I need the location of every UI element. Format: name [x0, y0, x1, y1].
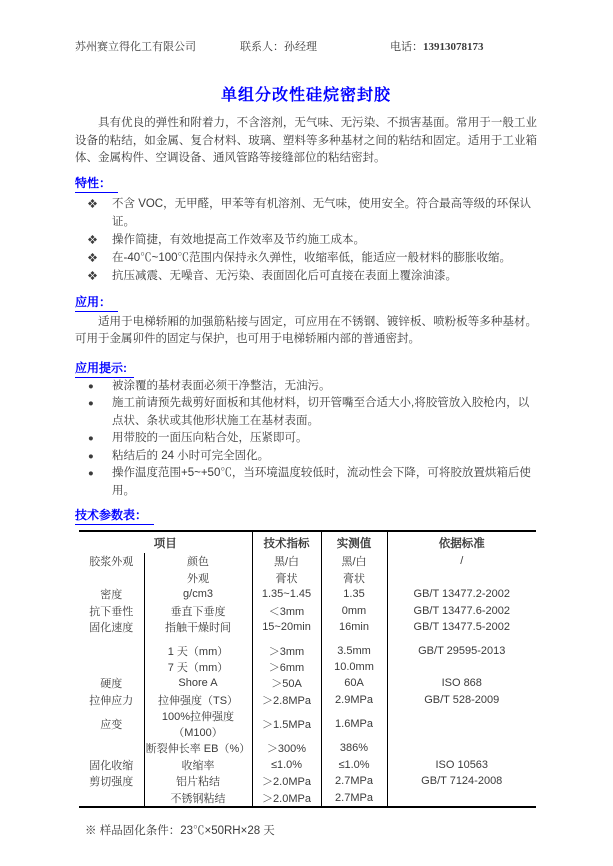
list-item: 不含 VOC，无甲醛，甲苯等有机溶剂、无气味，使用安全。符合最高等级的环保认证。 [75, 195, 537, 231]
circle-bullet-icon: ● [88, 395, 112, 413]
parameters-table: 项目 技术指标 实测值 依据标准 胶浆外观 颜色 黑/白 黑/白 / 外观 膏状… [79, 530, 536, 808]
spec-cell: 黑/白 [252, 553, 321, 570]
table-row: 密度 g/cm3 1.35~1.45 1.35 GB/T 13477.2-200… [79, 586, 536, 603]
parameters-heading: 技术参数表： [75, 508, 154, 525]
category-cell [79, 659, 144, 676]
category-cell [79, 636, 144, 659]
table-row: 硬度 Shore A ＞50A 60A ISO 868 [79, 675, 536, 692]
category-cell [79, 740, 144, 757]
standard-cell [387, 790, 536, 807]
contact-person: 联系人：孙经理 [240, 40, 390, 55]
item-cell: 铝片粘结 [144, 773, 252, 790]
list-item: ● 用带胶的一面压向粘合处，压紧即可。 [75, 430, 537, 448]
measured-cell: 10.0mm [321, 659, 387, 676]
measured-cell: 0mm [321, 603, 387, 620]
tips-section: 应用提示: [75, 361, 537, 378]
standard-cell [387, 570, 536, 587]
item-cell: 100%拉伸强度（M100） [144, 708, 252, 740]
standard-cell [387, 740, 536, 757]
measured-cell: 1.6MPa [321, 708, 387, 740]
standard-cell: GB/T 7124-2008 [387, 773, 536, 790]
measured-cell: 16min [321, 619, 387, 636]
circle-bullet-icon: ● [88, 378, 112, 396]
category-cell: 拉伸应力 [79, 692, 144, 709]
column-header-measured: 实测值 [321, 531, 387, 553]
table-row: 应变 100%拉伸强度（M100） ＞1.5MPa 1.6MPa [79, 708, 536, 740]
circle-bullet-icon: ● [88, 465, 112, 483]
feature-text: 不含 VOC，无甲醛，甲苯等有机溶剂、无气味，使用安全。符合最高等级的环保认证。 [112, 195, 537, 231]
table-row: 固化速度 指触干燥时间 15~20min 16min GB/T 13477.5-… [79, 619, 536, 636]
standard-cell: GB/T 528-2009 [387, 692, 536, 709]
item-cell: 指触干燥时间 [144, 619, 252, 636]
application-section: 应用： [75, 295, 537, 312]
standard-cell: ISO 868 [387, 675, 536, 692]
table-row: 不锈钢粘结 ＞2.0MPa 2.7MPa [79, 790, 536, 807]
column-header-standard: 依据标准 [387, 531, 536, 553]
measured-cell: 膏状 [321, 570, 387, 587]
measured-cell: 60A [321, 675, 387, 692]
list-item: 在-40℃~100℃范围内保持永久弹性，收缩率低，能适应一般材料的膨胀收缩。 [75, 249, 537, 267]
item-cell: 收缩率 [144, 757, 252, 774]
feature-text: 在-40℃~100℃范围内保持永久弹性，收缩率低，能适应一般材料的膨胀收缩。 [112, 249, 537, 267]
standard-cell: GB/T 13477.6-2002 [387, 603, 536, 620]
measured-cell: ≤1.0% [321, 757, 387, 774]
item-cell: 7 天（mm） [144, 659, 252, 676]
spec-cell: 膏状 [252, 570, 321, 587]
cure-condition-note: ※ 样品固化条件：23℃×50RH×28 天 [85, 823, 537, 839]
column-header-item: 项目 [79, 531, 252, 553]
feature-text: 操作简捷，有效地提高工作效率及节约施工成本。 [112, 231, 537, 249]
category-cell [79, 570, 144, 587]
column-header-spec: 技术指标 [252, 531, 321, 553]
tip-text: 施工前请预先裁剪好面板和其他材料，切开管嘴至合适大小,将胶管放入胶枪内，以点状、… [112, 395, 537, 430]
measured-cell: 3.5mm [321, 636, 387, 659]
category-cell: 胶浆外观 [79, 553, 144, 570]
spec-cell: 1.35~1.45 [252, 586, 321, 603]
standard-cell: GB/T 13477.5-2002 [387, 619, 536, 636]
circle-bullet-icon: ● [88, 448, 112, 466]
tip-text: 用带胶的一面压向粘合处，压紧即可。 [112, 430, 537, 448]
table-row: 7 天（mm） ＞6mm 10.0mm [79, 659, 536, 676]
standard-cell: GB/T 13477.2-2002 [387, 586, 536, 603]
table-row: 1 天（mm） ＞3mm 3.5mm GB/T 29595-2013 [79, 636, 536, 659]
table-row: 胶浆外观 颜色 黑/白 黑/白 / [79, 553, 536, 570]
intro-paragraph: 具有优良的弹性和附着力，不含溶剂，无气味、无污染、不损害基面。常用于一般工业设备… [75, 115, 537, 168]
diamond-bullet-icon [88, 195, 112, 213]
list-item: ● 操作温度范围+5~+50℃，当环境温度较低时，流动性会下降，可将胶放置烘箱后… [75, 465, 537, 500]
list-item: ● 粘结后的 24 小时可完全固化。 [75, 448, 537, 466]
page-title: 单组分改性硅烷密封胶 [75, 85, 537, 107]
item-cell: 断裂伸长率 EB（%） [144, 740, 252, 757]
standard-cell: ISO 10563 [387, 757, 536, 774]
tips-heading: 应用提示: [75, 361, 134, 378]
list-item: 抗压减震、无噪音、无污染、表面固化后可直接在表面上覆涂油漆。 [75, 267, 537, 285]
list-item: 操作简捷，有效地提高工作效率及节约施工成本。 [75, 231, 537, 249]
standard-cell: GB/T 29595-2013 [387, 636, 536, 659]
item-cell: g/cm3 [144, 586, 252, 603]
table-row: 抗下垂性 垂直下垂度 ＜3mm 0mm GB/T 13477.6-2002 [79, 603, 536, 620]
tips-list: ● 被涂覆的基材表面必须干净整洁，无油污。 ● 施工前请预先裁剪好面板和其他材料… [75, 378, 537, 501]
spec-cell: ＞3mm [252, 636, 321, 659]
application-heading: 应用： [75, 295, 118, 312]
standard-cell [387, 659, 536, 676]
spec-cell: 15~20min [252, 619, 321, 636]
feature-text: 抗压减震、无噪音、无污染、表面固化后可直接在表面上覆涂油漆。 [112, 267, 537, 285]
phone-label: 电话： [390, 41, 423, 53]
circle-bullet-icon: ● [88, 430, 112, 448]
document-page: 苏州赛立得化工有限公司 联系人：孙经理 电话：13913078173 单组分改性… [0, 0, 613, 866]
measured-cell: 黑/白 [321, 553, 387, 570]
standard-cell [387, 708, 536, 740]
document-header: 苏州赛立得化工有限公司 联系人：孙经理 电话：13913078173 [75, 40, 537, 55]
spec-cell: ＞2.0MPa [252, 773, 321, 790]
parameters-section: 技术参数表： [75, 508, 537, 525]
table-row: 固化收缩 收缩率 ≤1.0% ≤1.0% ISO 10563 [79, 757, 536, 774]
standard-cell: / [387, 553, 536, 570]
table-row: 断裂伸长率 EB（%） ＞300% 386% [79, 740, 536, 757]
tip-text: 操作温度范围+5~+50℃，当环境温度较低时，流动性会下降，可将胶放置烘箱后使用… [112, 465, 537, 500]
measured-cell: 1.35 [321, 586, 387, 603]
category-cell: 密度 [79, 586, 144, 603]
spec-cell: ＜3mm [252, 603, 321, 620]
tip-text: 粘结后的 24 小时可完全固化。 [112, 448, 537, 466]
list-item: ● 施工前请预先裁剪好面板和其他材料，切开管嘴至合适大小,将胶管放入胶枪内，以点… [75, 395, 537, 430]
phone-number: 13913078173 [423, 41, 484, 53]
item-cell: 外观 [144, 570, 252, 587]
table-row: 外观 膏状 膏状 [79, 570, 536, 587]
spec-cell: ＞50A [252, 675, 321, 692]
measured-cell: 2.7MPa [321, 773, 387, 790]
diamond-bullet-icon [88, 231, 112, 249]
category-cell: 剪切强度 [79, 773, 144, 790]
category-cell: 固化收缩 [79, 757, 144, 774]
table-header-row: 项目 技术指标 实测值 依据标准 [79, 531, 536, 553]
category-cell: 应变 [79, 708, 144, 740]
item-cell: 拉伸强度（TS） [144, 692, 252, 709]
spec-cell: ＞6mm [252, 659, 321, 676]
item-cell: 不锈钢粘结 [144, 790, 252, 807]
category-cell: 硬度 [79, 675, 144, 692]
table-row: 拉伸应力 拉伸强度（TS） ＞2.8MPa 2.9MPa GB/T 528-20… [79, 692, 536, 709]
spec-cell: ＞1.5MPa [252, 708, 321, 740]
item-cell: 颜色 [144, 553, 252, 570]
spec-cell: ＞300% [252, 740, 321, 757]
category-cell [79, 790, 144, 807]
diamond-bullet-icon [88, 249, 112, 267]
measured-cell: 386% [321, 740, 387, 757]
spec-cell: ＞2.0MPa [252, 790, 321, 807]
list-item: ● 被涂覆的基材表面必须干净整洁，无油污。 [75, 378, 537, 396]
item-cell: 1 天（mm） [144, 636, 252, 659]
item-cell: 垂直下垂度 [144, 603, 252, 620]
measured-cell: 2.9MPa [321, 692, 387, 709]
diamond-bullet-icon [88, 267, 112, 285]
features-list: 不含 VOC，无甲醛，甲苯等有机溶剂、无气味，使用安全。符合最高等级的环保认证。… [75, 195, 537, 285]
category-cell: 抗下垂性 [79, 603, 144, 620]
table-row: 剪切强度 铝片粘结 ＞2.0MPa 2.7MPa GB/T 7124-2008 [79, 773, 536, 790]
features-section: 特性： [75, 176, 537, 193]
spec-cell: ≤1.0% [252, 757, 321, 774]
phone-field: 电话：13913078173 [390, 40, 484, 55]
application-paragraph: 适用于电梯轿厢的加强筋粘接与固定，可应用在不锈钢、镀锌板、喷粉板等多种基材。可用… [75, 314, 537, 349]
tip-text: 被涂覆的基材表面必须干净整洁，无油污。 [112, 378, 537, 396]
category-cell: 固化速度 [79, 619, 144, 636]
features-heading: 特性： [75, 176, 118, 193]
company-name: 苏州赛立得化工有限公司 [75, 40, 240, 55]
item-cell: Shore A [144, 675, 252, 692]
measured-cell: 2.7MPa [321, 790, 387, 807]
spec-cell: ＞2.8MPa [252, 692, 321, 709]
